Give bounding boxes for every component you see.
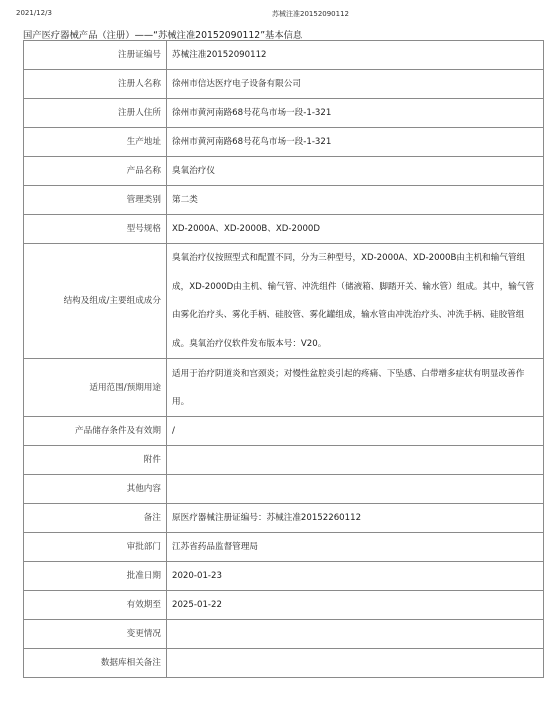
table-row-other-content: 其他内容 [24, 475, 544, 504]
row-value [167, 475, 544, 504]
table-row-approval-date: 批准日期 2020-01-23 [24, 562, 544, 591]
table-row-registration-number: 注册证编号 苏械注准20152090112 [24, 41, 544, 70]
table-row-registrant-address: 注册人住所 徐州市黄河南路68号花鸟市场一段-1-321 [24, 99, 544, 128]
row-value: 臭氧治疗仪按照型式和配置不同，分为三种型号，XD-2000A、XD-2000B由… [167, 244, 544, 359]
print-header-doc-id: 苏械注准20152090112 [272, 9, 349, 19]
row-label: 备注 [24, 504, 167, 533]
row-value: 徐州市黄河南路68号花鸟市场一段-1-321 [167, 128, 544, 157]
row-value: 原医疗器械注册证编号：苏械注准20152260112 [167, 504, 544, 533]
table-row-registrant-name: 注册人名称 徐州市信达医疗电子设备有限公司 [24, 70, 544, 99]
row-label: 产品储存条件及有效期 [24, 417, 167, 446]
table-row-attachments: 附件 [24, 446, 544, 475]
row-label: 审批部门 [24, 533, 167, 562]
table-row-production-address: 生产地址 徐州市黄河南路68号花鸟市场一段-1-321 [24, 128, 544, 157]
row-label: 附件 [24, 446, 167, 475]
row-value: 第二类 [167, 186, 544, 215]
print-date: 2021/12/3 [16, 9, 52, 17]
row-label: 有效期至 [24, 591, 167, 620]
row-label: 管理类别 [24, 186, 167, 215]
row-label: 生产地址 [24, 128, 167, 157]
row-label: 其他内容 [24, 475, 167, 504]
row-label: 注册证编号 [24, 41, 167, 70]
registration-info-table: 注册证编号 苏械注准20152090112 注册人名称 徐州市信达医疗电子设备有… [23, 40, 544, 678]
row-label: 数据库相关备注 [24, 649, 167, 678]
table-row-structure-composition: 结构及组成/主要组成成分 臭氧治疗仪按照型式和配置不同，分为三种型号，XD-20… [24, 244, 544, 359]
table-row-change-history: 变更情况 [24, 620, 544, 649]
table-row-remarks: 备注 原医疗器械注册证编号：苏械注准20152260112 [24, 504, 544, 533]
table-row-management-category: 管理类别 第二类 [24, 186, 544, 215]
row-value [167, 446, 544, 475]
row-label: 型号规格 [24, 215, 167, 244]
row-label: 适用范围/预期用途 [24, 359, 167, 417]
table-row-valid-until: 有效期至 2025-01-22 [24, 591, 544, 620]
page-title: 国产医疗器械产品（注册）——“苏械注准20152090112”基本信息 [23, 27, 302, 41]
row-value [167, 649, 544, 678]
row-value: 苏械注准20152090112 [167, 41, 544, 70]
row-label: 注册人名称 [24, 70, 167, 99]
row-value: 2020-01-23 [167, 562, 544, 591]
row-value: 江苏省药品监督管理局 [167, 533, 544, 562]
table-row-database-notes: 数据库相关备注 [24, 649, 544, 678]
table-row-model-spec: 型号规格 XD-2000A、XD-2000B、XD-2000D [24, 215, 544, 244]
row-value: / [167, 417, 544, 446]
row-label: 批准日期 [24, 562, 167, 591]
row-value: XD-2000A、XD-2000B、XD-2000D [167, 215, 544, 244]
row-label: 注册人住所 [24, 99, 167, 128]
row-value: 徐州市黄河南路68号花鸟市场一段-1-321 [167, 99, 544, 128]
row-value: 徐州市信达医疗电子设备有限公司 [167, 70, 544, 99]
table-row-intended-use: 适用范围/预期用途 适用于治疗阴道炎和宫颈炎；对慢性盆腔炎引起的疼痛、下坠感、白… [24, 359, 544, 417]
table-row-product-name: 产品名称 臭氧治疗仪 [24, 157, 544, 186]
row-value: 2025-01-22 [167, 591, 544, 620]
row-label: 结构及组成/主要组成成分 [24, 244, 167, 359]
row-value [167, 620, 544, 649]
table-row-storage-conditions: 产品储存条件及有效期 / [24, 417, 544, 446]
row-value: 适用于治疗阴道炎和宫颈炎；对慢性盆腔炎引起的疼痛、下坠感、白带增多症状有明显改善… [167, 359, 544, 417]
row-label: 产品名称 [24, 157, 167, 186]
table-row-approval-department: 审批部门 江苏省药品监督管理局 [24, 533, 544, 562]
row-value: 臭氧治疗仪 [167, 157, 544, 186]
row-label: 变更情况 [24, 620, 167, 649]
